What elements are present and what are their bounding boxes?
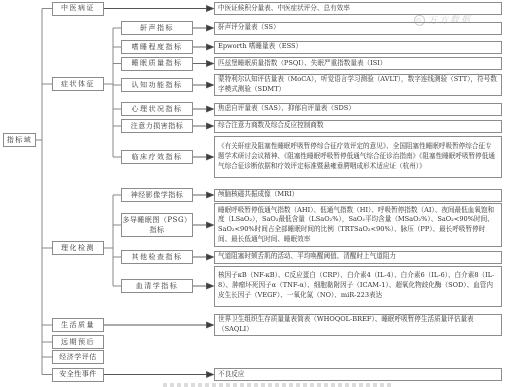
measures-psqi-isi: 匹兹堡睡眠质量指数（PSQI）、失眠严重指数量表（ISI） (214, 57, 502, 70)
subindicator-serology: 血清学指标 (121, 279, 193, 293)
indicator-domain-tree-figure: 指标域 中医病证 症状体征 理化检测 生活质量 远期预后 经济学评估 安全性事件… (0, 0, 506, 387)
measures-text: 颅脑核磁共振成像（MRI） (218, 190, 498, 200)
subindicator-sleepiness-degree: 嗜睡程度指标 (121, 40, 193, 54)
measures-psg-parameters: 睡眠呼吸暂停低通气指数（AHI）、低通气指数（HI）、呼吸暂停指数（AI）、夜间… (214, 203, 502, 247)
root-trunk (36, 9, 52, 375)
measures-attention-quotients: 综合注意力商数及综合反应控制商数 (214, 120, 502, 133)
watermark-text: 万方数据 (428, 12, 472, 27)
measures-efficacy-criteria: 《有关鼾症及阻塞性睡眠呼吸暂停综合征疗效评定的意见》、全国阻塞性睡眠呼吸暂停综合… (214, 136, 502, 178)
subindicator-label: 嗜睡程度指标 (132, 43, 183, 52)
subindicator-label: 心理状况指标 (132, 105, 183, 114)
measures-text: 《有关鼾症及阻塞性睡眠呼吸暂停综合征疗效评定的意见》、全国阻塞性睡眠呼吸暂停综合… (218, 142, 498, 171)
subindicator-label: 注意力损害指标 (131, 122, 184, 131)
measures-sas-sds: 焦虑自评量表（SAS）、抑郁自评量表（SDS） (214, 103, 502, 116)
category-physicochemical-tests: 理化检测 (52, 241, 104, 255)
category-economic-evaluation: 经济学评估 (52, 350, 104, 364)
watermark: ◎ 万方数据 (414, 12, 472, 27)
subindicator-snore: 鼾声指标 (121, 21, 193, 35)
measures-text: Epworth 嗜睡量表（ESS） (218, 42, 498, 52)
physio-branch (104, 195, 121, 286)
subindicator-attention-impairment: 注意力损害指标 (121, 119, 193, 133)
measures-mri: 颅脑核磁共振成像（MRI） (214, 189, 502, 202)
category-symptoms-signs: 症状体征 (52, 77, 104, 91)
measures-text: 核因子κB（NF-κB）、C反应蛋白（CRP）、白介素4（IL-4）、白介素6（… (218, 271, 498, 300)
subindicator-label: 血清学指标 (136, 282, 179, 291)
root-node: 指标域 (3, 133, 36, 147)
subindicator-other-examinations: 其他检查指标 (121, 250, 193, 264)
subindicator-neuroimaging: 神经影像学指标 (121, 188, 193, 202)
measures-text: 世界卫生组织生存质量量表简表（WHOQOL-BREF）、睡眠呼吸暂停生活质量评估… (218, 315, 498, 334)
measures-cognitive-tests: 蒙特利尔认知评估量表（MoCA），听觉语言学习测验（AVLT），数字连线测验（S… (214, 74, 502, 96)
category-safety-events: 安全性事件 (52, 368, 104, 382)
measures-text: 匹兹堡睡眠质量指数（PSQI）、失眠严重指数量表（ISI） (218, 59, 498, 69)
subindicator-sleep-quality: 睡眠质量指标 (121, 57, 193, 71)
subindicator-clinical-efficacy: 临床疗效指标 (121, 150, 193, 164)
subindicator-label: 其他检查指标 (132, 253, 183, 262)
category-label: 理化检测 (61, 244, 95, 253)
watermark-seal-icon: ◎ (414, 15, 425, 26)
measures-serum-markers: 核因子κB（NF-κB）、C反应蛋白（CRP）、白介素4（IL-4）、白介素6（… (214, 266, 502, 307)
subindicator-label: 睡眠质量指标 (132, 59, 183, 68)
category-label: 远期预后 (61, 338, 95, 347)
category-long-term-prognosis: 远期预后 (52, 335, 104, 349)
symptom-branch (104, 28, 121, 157)
subindicator-polysomnography-psg: 多导睡眠图（PSG）指标 (121, 213, 193, 237)
category-label: 安全性事件 (59, 370, 97, 379)
category-tcm-syndrome: 中医病证 (52, 2, 104, 16)
subindicator-label: 鼾声指标 (140, 24, 174, 33)
measures-epworth-ess: Epworth 嗜睡量表（ESS） (214, 41, 502, 54)
measures-text: 综合注意力商数及综合反应控制商数 (218, 121, 498, 131)
measures-text: 焦虑自评量表（SAS）、抑郁自评量表（SDS） (218, 104, 498, 114)
subindicator-label: 神经影像学指标 (131, 191, 184, 200)
subindicator-psychological-state: 心理状况指标 (121, 102, 193, 116)
measures-text: 蒙特利尔认知评估量表（MoCA），听觉语言学习测验（AVLT），数字连线测验（S… (218, 75, 498, 94)
measures-adverse-reactions: 不良反应 (214, 368, 502, 381)
subindicator-label: 认知功能指标 (132, 81, 183, 90)
subindicator-label: 临床疗效指标 (132, 153, 183, 162)
measures-text: 气道阻塞时颏舌肌的活动、平均唤醒阈值、清醒时上气道阻力 (218, 252, 498, 262)
subindicator-cognitive-function: 认知功能指标 (121, 78, 193, 92)
measures-whoqol-saqli: 世界卫生组织生存质量量表简表（WHOQOL-BREF）、睡眠呼吸暂停生活质量评估… (214, 314, 502, 336)
category-label: 生活质量 (61, 321, 95, 330)
category-label: 症状体征 (61, 80, 95, 89)
category-label: 中医病证 (61, 4, 95, 13)
measures-text: 不良反应 (218, 370, 498, 380)
subindicator-label: 多导睡眠图（PSG）指标 (122, 215, 192, 235)
measures-text: 睡眠呼吸暂停低通气指数（AHI）、低通气指数（HI）、呼吸暂停指数（AI）、夜间… (218, 206, 498, 245)
category-quality-of-life: 生活质量 (52, 318, 104, 332)
category-label: 经济学评估 (59, 353, 97, 362)
root-label: 指标域 (7, 136, 33, 145)
cropped-caption (163, 383, 393, 387)
measures-other-exam-items: 气道阻塞时颏舌肌的活动、平均唤醒阈值、清醒时上气道阻力 (214, 251, 502, 264)
